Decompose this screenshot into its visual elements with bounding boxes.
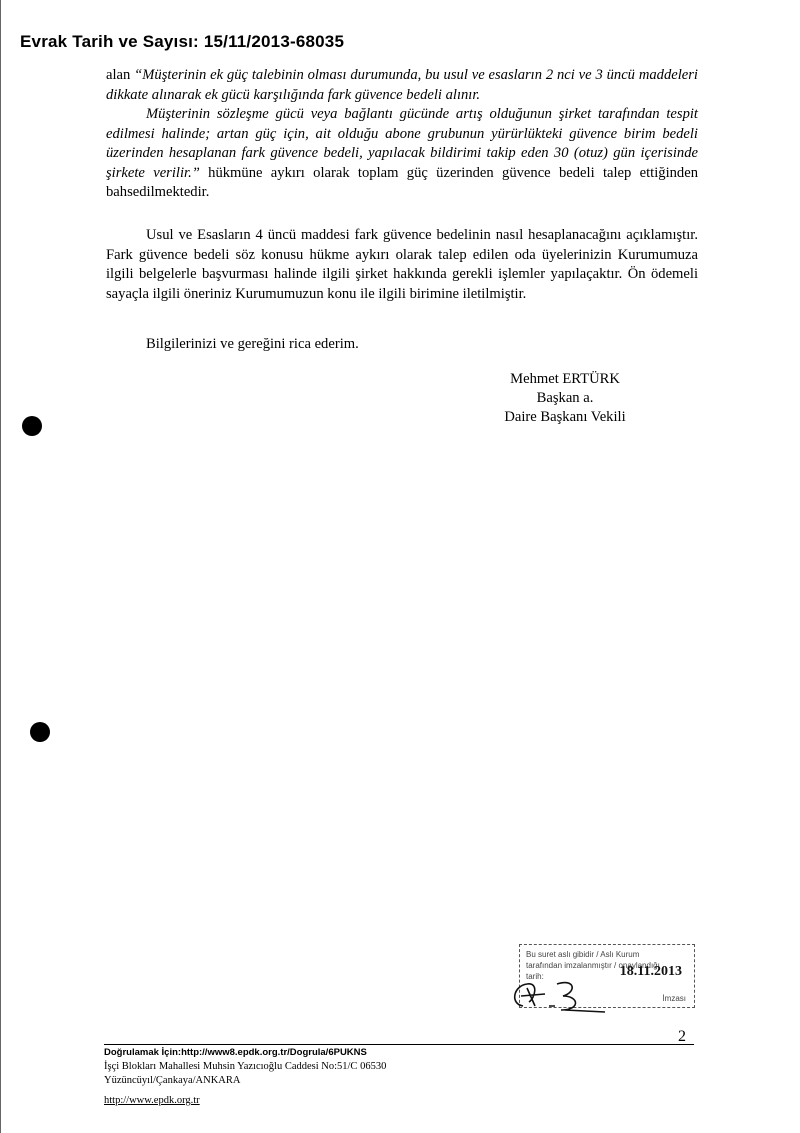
paragraph-2: Usul ve Esasların 4 üncü maddesi fark gü… [106, 226, 698, 304]
closing-line: Bilgilerinizi ve gereğini rica ederim. [146, 336, 359, 353]
punch-hole-icon [30, 722, 50, 742]
paragraph-1: alan “Müşterinin ek güç talebinin olması… [106, 66, 698, 203]
address-line-2: Yüzüncüyıl/Çankaya/ANKARA [104, 1074, 386, 1088]
stamp-line-1: Bu suret aslı gibidir / Aslı Kurum [526, 949, 688, 960]
paragraph-1-quote: “Müşterinin ek güç talebinin olması duru… [106, 67, 698, 103]
website-link[interactable]: http://www.epdk.org.tr [104, 1094, 386, 1108]
address-line-1: İşçi Blokları Mahallesi Muhsin Yazıcıoğl… [104, 1060, 386, 1074]
stamp-date: 18.11.2013 [620, 964, 682, 980]
signature-block: Mehmet ERTÜRK Başkan a. Daire Başkanı Ve… [455, 370, 675, 427]
signatory-title-2: Daire Başkanı Vekili [455, 408, 675, 427]
scan-edge [0, 0, 1, 1133]
punch-hole-icon [22, 416, 42, 436]
stamp-signature-label: İmzası [662, 993, 686, 1004]
verification-link[interactable]: Doğrulamak İçin:http://www8.epdk.org.tr/… [104, 1046, 386, 1060]
signatory-name: Mehmet ERTÜRK [455, 370, 675, 389]
document-reference-header: Evrak Tarih ve Sayısı: 15/11/2013-68035 [20, 32, 344, 52]
certification-stamp: Bu suret aslı gibidir / Aslı Kurum taraf… [505, 938, 700, 1013]
paragraph-1-lead: alan [106, 67, 134, 83]
footer-divider [104, 1044, 694, 1045]
handwritten-signature-icon [505, 976, 615, 1016]
signatory-title-1: Başkan a. [455, 389, 675, 408]
footer: Doğrulamak İçin:http://www8.epdk.org.tr/… [104, 1046, 386, 1108]
